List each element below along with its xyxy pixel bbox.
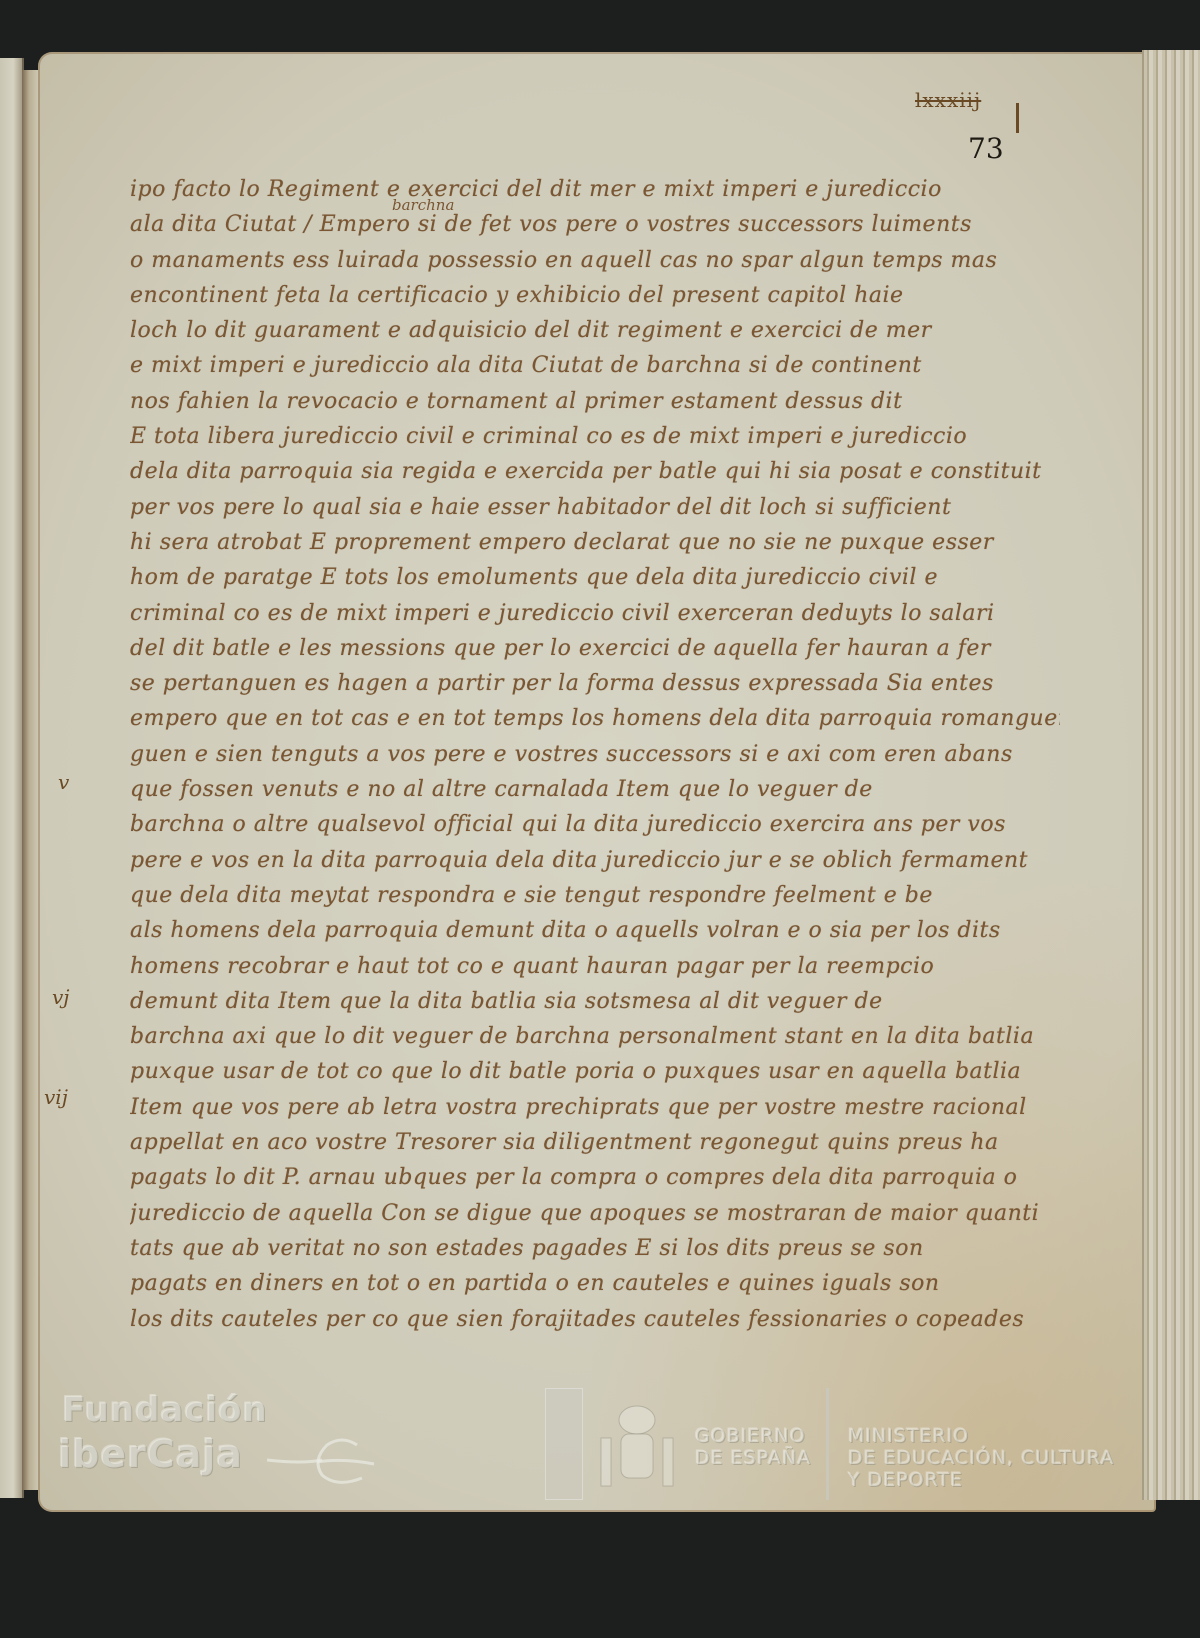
text-line: encontinent feta la certificacio y exhib… [130, 278, 1060, 313]
text-line: jurediccio de aquella Con se digue que a… [130, 1196, 1060, 1231]
eu-flag-watermark [545, 1388, 583, 1500]
text-line: ipo facto lo Regiment e exercici del dit… [130, 172, 1060, 207]
margin-note: v [58, 770, 69, 794]
text-line: e mixt imperi e jurediccio ala dita Ciut… [130, 348, 1060, 383]
folio-number: 73 [968, 132, 1004, 165]
text-line: del dit batle e les messions que per lo … [130, 631, 1060, 666]
text-line: hom de paratge E tots los emoluments que… [130, 560, 1060, 595]
interlinear-gloss: barchna [392, 196, 454, 214]
text-line: los dits cauteles per co que sien foraji… [130, 1302, 1060, 1337]
watermark-gobierno-line2: DE ESPAÑA [695, 1447, 811, 1469]
text-line: ala dita Ciutat / Empero si de fet vos p… [130, 207, 1060, 242]
text-line: o manaments ess luirada possessio en aqu… [130, 243, 1060, 278]
text-line: loch lo dit guarament e adquisicio del d… [130, 313, 1060, 348]
text-line: criminal co es de mixt imperi e juredicc… [130, 596, 1060, 631]
watermark-ministerio-line3: Y DEPORTE [848, 1469, 1114, 1491]
page-stack-edges [1142, 50, 1200, 1500]
text-line: nos fahien la revocacio e tornament al p… [130, 384, 1060, 419]
text-line: que fossen venuts e no al altre carnalad… [130, 772, 1060, 807]
text-line: demunt dita Item que la dita batlia sia … [130, 984, 1060, 1019]
struck-folio-number: lxxxiij [915, 88, 981, 112]
watermark-ministerio-line2: DE EDUCACIÓN, CULTURA [848, 1447, 1114, 1469]
text-line: que dela dita meytat respondra e sie ten… [130, 878, 1060, 913]
text-line: homens recobrar e haut tot co e quant ha… [130, 949, 1060, 984]
margin-note: vj [52, 985, 70, 1009]
text-line: E tota libera jurediccio civil e crimina… [130, 419, 1060, 454]
text-line: pere e vos en la dita parroquia dela dit… [130, 843, 1060, 878]
text-line: per vos pere lo qual sia e haie esser ha… [130, 490, 1060, 525]
text-line: pagats lo dit P. arnau ubques per la com… [130, 1160, 1060, 1195]
watermark-ministerio-line1: MINISTERIO [848, 1425, 1114, 1447]
text-line: Item que vos pere ab letra vostra prechi… [130, 1090, 1060, 1125]
watermark-fundacion: Fundación [62, 1390, 268, 1430]
text-line: dela dita parroquia sia regida e exercid… [130, 454, 1060, 489]
text-line: empero que en tot cas e en tot temps los… [130, 701, 1060, 736]
text-line: barchna axi que lo dit veguer de barchna… [130, 1019, 1060, 1054]
watermark-gobierno: GOBIERNO DE ESPAÑA [695, 1425, 811, 1469]
folio-mark [1016, 103, 1019, 133]
ibercaja-logo-icon [262, 1430, 382, 1490]
text-line: als homens dela parroquia demunt dita o … [130, 913, 1060, 948]
text-line: pagats en diners en tot o en partida o e… [130, 1266, 1060, 1301]
text-line: appellat en aco vostre Tresorer sia dili… [130, 1125, 1060, 1160]
text-line: puxque usar de tot co que lo dit batle p… [130, 1054, 1060, 1089]
spain-coat-of-arms-icon [597, 1398, 677, 1494]
watermark-gobierno-line1: GOBIERNO [695, 1425, 811, 1447]
margin-note: vij [44, 1085, 68, 1109]
text-line: tats que ab veritat no son estades pagad… [130, 1231, 1060, 1266]
manuscript-text: barchna ipo facto lo Regiment e exercici… [130, 172, 1060, 1337]
watermark-divider [826, 1388, 829, 1500]
text-line: se pertanguen es hagen a partir per la f… [130, 666, 1060, 701]
facing-page-edge [0, 58, 24, 1498]
watermark-ibercaja: iberCaja [58, 1432, 243, 1476]
text-line: barchna o altre qualsevol official qui l… [130, 807, 1060, 842]
watermark-ministerio: MINISTERIO DE EDUCACIÓN, CULTURA Y DEPOR… [848, 1425, 1114, 1491]
text-line: guen e sien tenguts a vos pere e vostres… [130, 737, 1060, 772]
text-line: hi sera atrobat E proprement empero decl… [130, 525, 1060, 560]
